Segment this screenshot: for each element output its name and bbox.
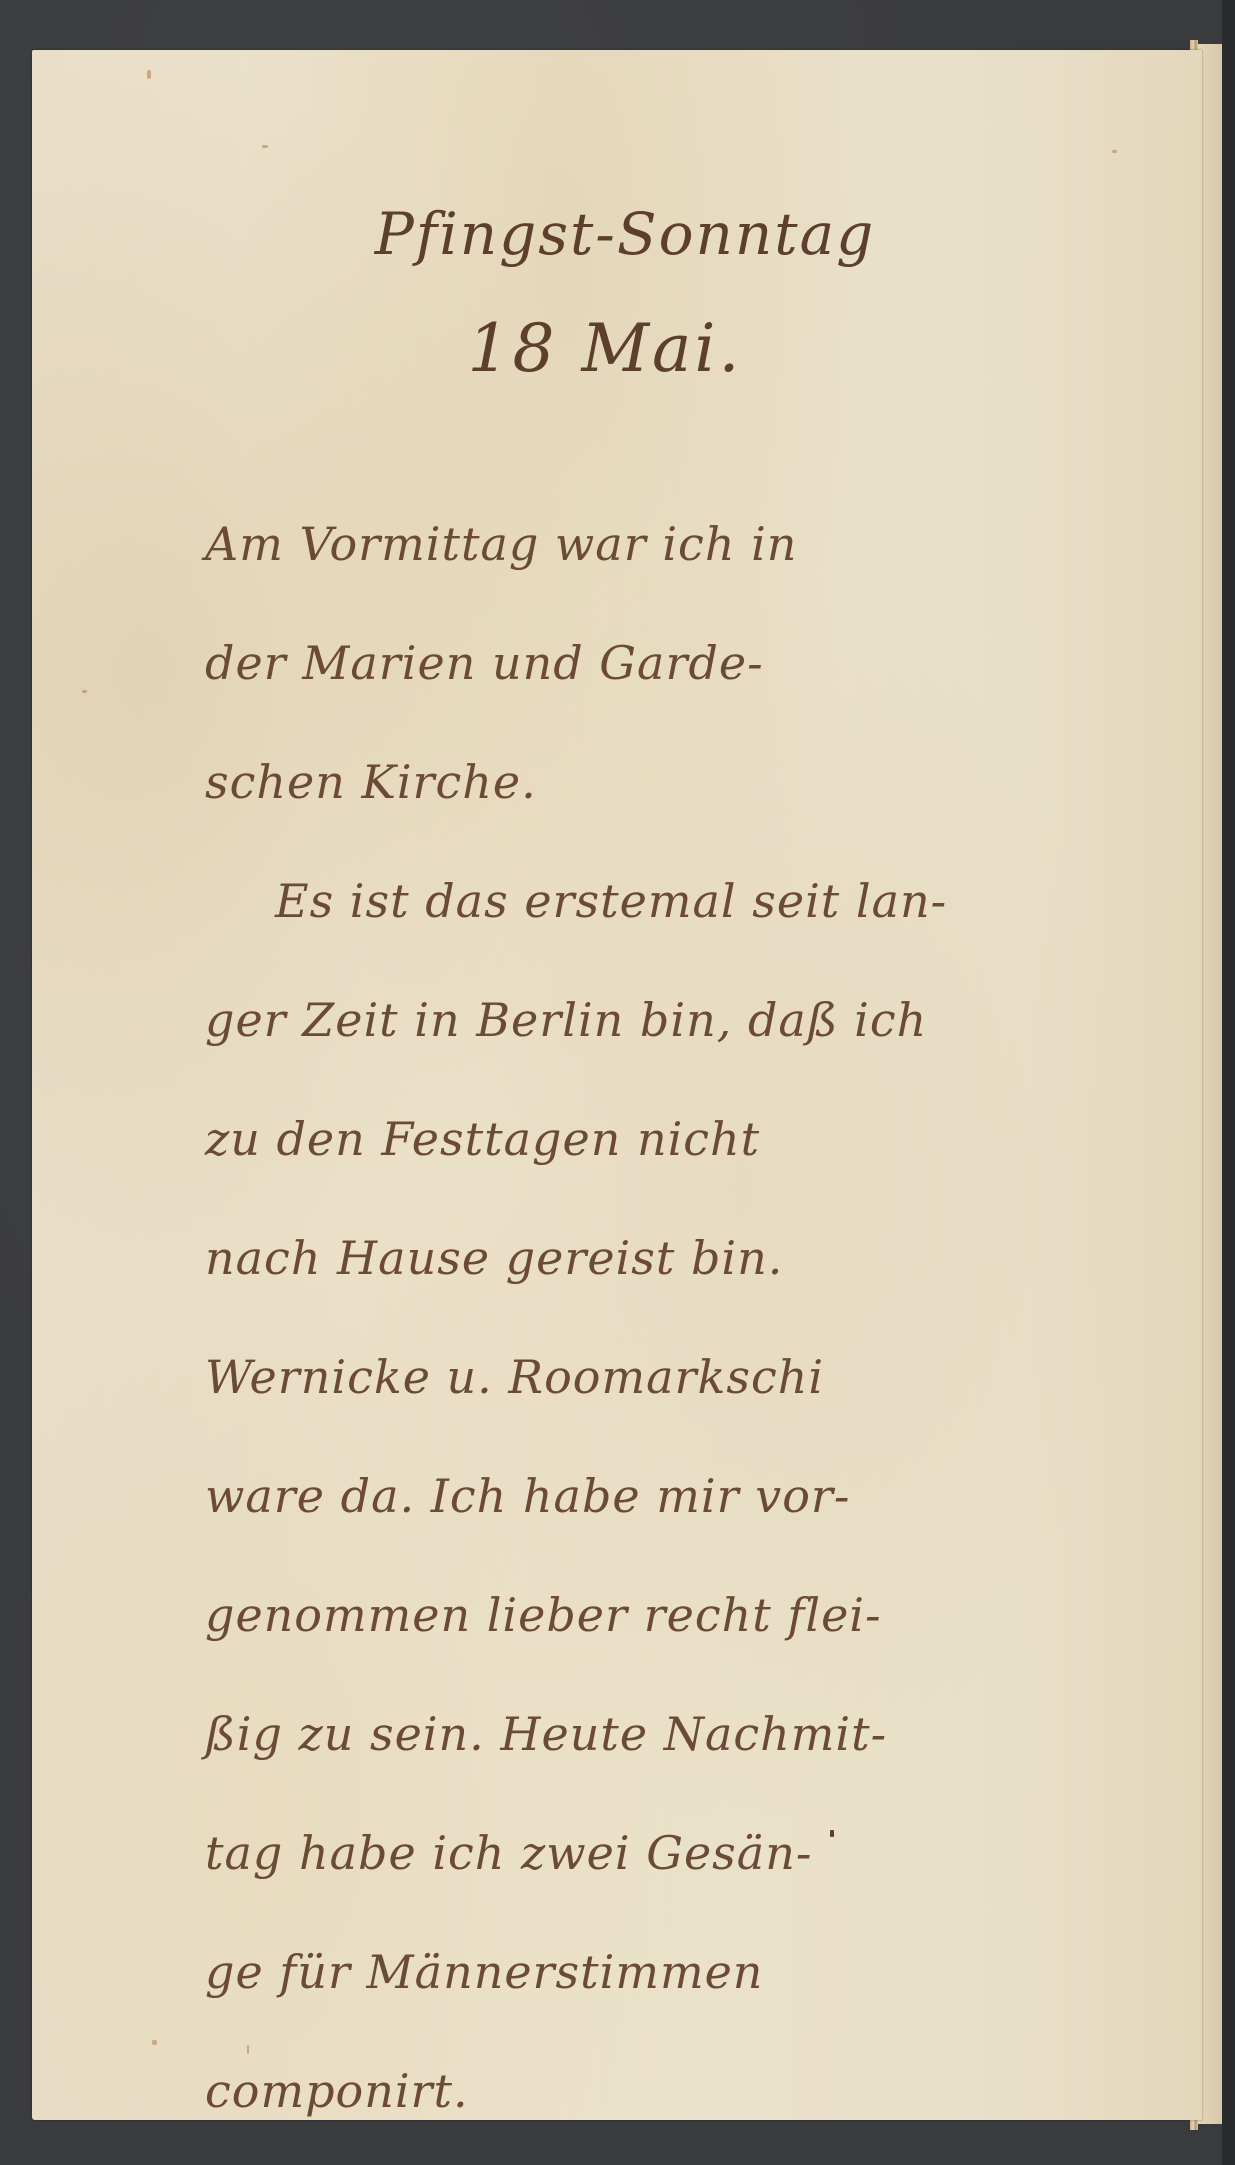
text-line: tag habe ich zwei Gesän- [205, 1794, 1105, 1913]
text-line: genommen lieber recht flei- [205, 1556, 1105, 1675]
text-line: Am Vormittag war ich in [205, 485, 1105, 604]
ink-dot [830, 1830, 834, 1837]
text-line: nach Hause gereist bin. [205, 1199, 1105, 1318]
text-line: ge für Männerstimmen [205, 1913, 1105, 2032]
entry-body: Am Vormittag war ich in der Marien und G… [205, 485, 1105, 2151]
text-line: componirt. [205, 2032, 1105, 2151]
text-line: der Marien und Garde- [205, 604, 1105, 723]
entry-heading-date: 18 Mai. [20, 310, 1190, 387]
text-line: ware da. Ich habe mir vor- [205, 1437, 1105, 1556]
text-line: ger Zeit in Berlin bin, daß ich [205, 961, 1105, 1080]
entry-heading-day: Pfingst-Sonntag [40, 200, 1210, 268]
manuscript-text: Pfingst-Sonntag 18 Mai. Am Vormittag war… [0, 0, 1235, 2165]
text-line: Wernicke u. Roomarkschi [205, 1318, 1105, 1437]
text-line: zu den Festtagen nicht [205, 1080, 1105, 1199]
text-line: ßig zu sein. Heute Nachmit- [205, 1675, 1105, 1794]
text-line: Es ist das erstemal seit lan- [205, 842, 1105, 961]
text-line: schen Kirche. [205, 723, 1105, 842]
